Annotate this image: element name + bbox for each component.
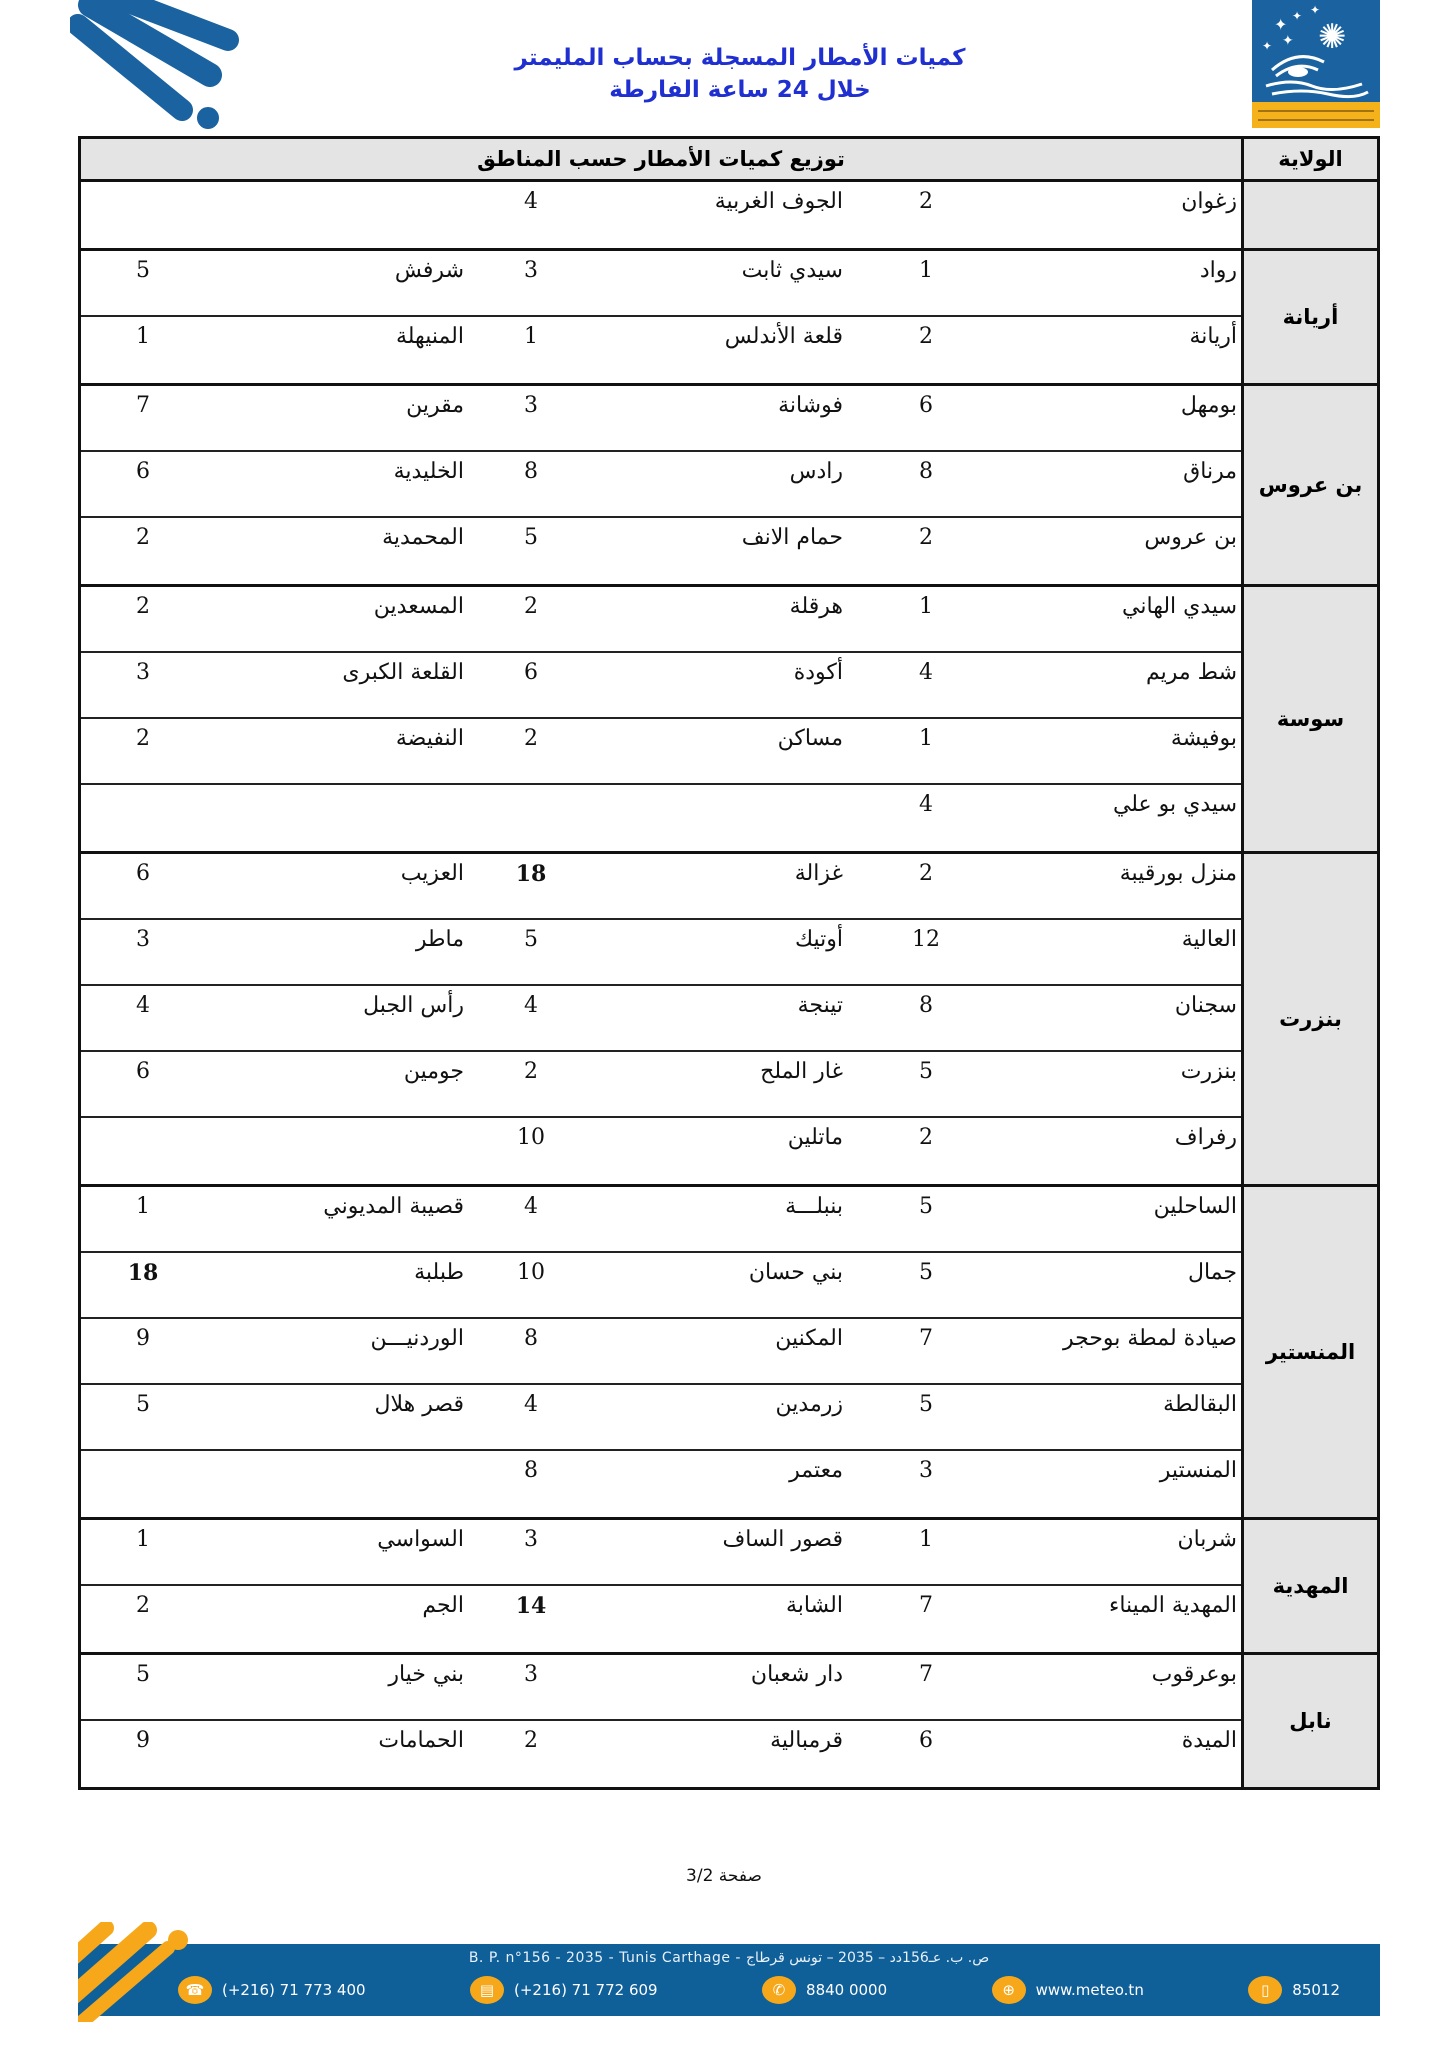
rainfall-value: 3 — [511, 1526, 551, 1554]
table-row: سجنان8تينجة4رأس الجبل4 — [81, 986, 1241, 1052]
rainfall-value: 6 — [911, 1727, 941, 1755]
station-name: حمام الانف — [742, 524, 843, 552]
station-name: تينجة — [798, 992, 843, 1020]
rainfall-value: 2 — [911, 1124, 941, 1152]
station-name: معتمر — [789, 1457, 843, 1485]
governorate-group: المنستيرالساحلين5بنبلـــة4قصيبة المديوني… — [81, 1187, 1377, 1520]
footer-stripes-icon — [78, 1922, 218, 2022]
rainfall-value: 10 — [511, 1124, 551, 1152]
table-row: الساحلين5بنبلـــة4قصيبة المديوني1 — [81, 1187, 1241, 1253]
station-name: مرناق — [1183, 458, 1237, 486]
contact-footer: B. P. n°156 - 2035 - Tunis Carthage - ص.… — [78, 1944, 1380, 2016]
station-name: المنيهلة — [396, 323, 464, 351]
rainfall-value: 4 — [511, 188, 551, 216]
title-line-2: خلال 24 ساعة الفارطة — [420, 74, 1060, 106]
footer-decoration — [78, 1922, 218, 2022]
rainfall-value: 2 — [511, 1727, 551, 1755]
rainfall-value: 8 — [911, 992, 941, 1020]
rainfall-value: 2 — [123, 1592, 163, 1620]
station-name: الشابة — [786, 1592, 843, 1620]
contact-text: (+216) 71 772 609 — [514, 1981, 658, 1999]
station-name: الجم — [422, 1592, 464, 1620]
station-name: جمال — [1188, 1259, 1237, 1287]
station-name: سيدي الهاني — [1122, 593, 1237, 621]
rainfall-value: 1 — [511, 323, 551, 351]
governorate-group: المهديةشربان1قصور الساف3السواسي1المهدية … — [81, 1520, 1377, 1655]
governorate-cell: المهدية — [1241, 1520, 1377, 1652]
station-name: صيادة لمطة بوحجر — [1063, 1325, 1237, 1353]
rainfall-value: 8 — [911, 458, 941, 486]
rainfall-value: 12 — [911, 926, 941, 954]
rainfall-value: 5 — [123, 1391, 163, 1419]
governorate-cell: أريانة — [1241, 251, 1377, 383]
column-header-distribution: توزيع كميات الأمطار حسب المناطق — [81, 139, 1241, 179]
governorate-group: سوسةسيدي الهاني1هرقلة2المسعدين2شط مريم4أ… — [81, 587, 1377, 854]
station-name: قلعة الأندلس — [725, 323, 843, 351]
table-row: بنزرت5غار الملح2جومين6 — [81, 1052, 1241, 1118]
contact-text: (+216) 71 773 400 — [222, 1981, 366, 1999]
station-name: رادس — [790, 458, 843, 486]
rainfall-value: 5 — [911, 1259, 941, 1287]
station-name: دار شعبان — [751, 1661, 843, 1689]
rainfall-value: 3 — [123, 659, 163, 687]
rainfall-value: 7 — [911, 1661, 941, 1689]
rainfall-value: 1 — [911, 725, 941, 753]
rainfall-value: 6 — [123, 1058, 163, 1086]
station-name: غار الملح — [760, 1058, 843, 1086]
table-row: شربان1قصور الساف3السواسي1 — [81, 1520, 1241, 1586]
station-name: سيدي ثابت — [742, 257, 843, 285]
station-name: العزيب — [401, 860, 464, 888]
rainfall-value: 3 — [123, 926, 163, 954]
station-name: المحمدية — [382, 524, 464, 552]
table-row: منزل بورقيبة2غزالة18العزيب6 — [81, 854, 1241, 920]
rainfall-value: 2 — [511, 725, 551, 753]
rainfall-value: 6 — [123, 860, 163, 888]
station-rows: منزل بورقيبة2غزالة18العزيب6العالية12أوتي… — [81, 854, 1241, 1184]
table-row: سيدي بو علي4 — [81, 785, 1241, 851]
station-name: سجنان — [1175, 992, 1237, 1020]
rainfall-value: 18 — [123, 1259, 163, 1287]
svg-text:✦: ✦ — [1282, 33, 1294, 49]
rainfall-value: 6 — [911, 392, 941, 420]
station-name: سيدي بو علي — [1113, 791, 1237, 819]
governorate-group: زغوان2الجوف الغربية4 — [81, 182, 1377, 251]
rainfall-value: 1 — [123, 1193, 163, 1221]
table-row: سيدي الهاني1هرقلة2المسعدين2 — [81, 587, 1241, 653]
station-name: شط مريم — [1146, 659, 1237, 687]
hotline-icon: ✆ — [762, 1976, 796, 2004]
station-rows: بومهل6فوشانة3مقرين7مرناق8رادس8الخليدية6ب… — [81, 386, 1241, 584]
station-name: النفيضة — [396, 725, 464, 753]
title-line-1: كميات الأمطار المسجلة بحساب المليمتر — [420, 42, 1060, 74]
svg-text:✦: ✦ — [1274, 15, 1287, 34]
table-row: بن عروس2حمام الانف5المحمدية2 — [81, 518, 1241, 584]
station-name: رواد — [1200, 257, 1237, 285]
station-name: الميدة — [1182, 1727, 1237, 1755]
rainfall-value: 18 — [511, 860, 551, 888]
station-name: البقالطة — [1163, 1391, 1237, 1419]
station-name: شربان — [1177, 1526, 1237, 1554]
station-name: قصر هلال — [375, 1391, 464, 1419]
contact-list: ☎(+216) 71 773 400▤(+216) 71 772 609✆884… — [178, 1976, 1340, 2004]
station-name: بنبلـــة — [785, 1193, 843, 1221]
rainfall-value: 4 — [511, 1391, 551, 1419]
rainfall-value: 5 — [911, 1058, 941, 1086]
station-name: بني خيار — [388, 1661, 464, 1689]
station-rows: بوعرقوب7دار شعبان3بني خيار5الميدة6قرمبال… — [81, 1655, 1241, 1787]
station-name: أريانة — [1190, 323, 1237, 351]
rainfall-value: 1 — [123, 323, 163, 351]
table-row: المنستير3معتمر8 — [81, 1451, 1241, 1517]
table-row: المهدية الميناء7الشابة14الجم2 — [81, 1586, 1241, 1652]
table-row: مرناق8رادس8الخليدية6 — [81, 452, 1241, 518]
station-name: مقرين — [406, 392, 464, 420]
station-name: المهدية الميناء — [1109, 1592, 1237, 1620]
governorate-group: بنزرتمنزل بورقيبة2غزالة18العزيب6العالية1… — [81, 854, 1377, 1187]
governorate-group: أريانةرواد1سيدي ثابت3شرفش5أريانة2قلعة ال… — [81, 251, 1377, 386]
postal-address: B. P. n°156 - 2035 - Tunis Carthage - ص.… — [78, 1950, 1380, 1966]
table-row: شط مريم4أكودة6القلعة الكبرى3 — [81, 653, 1241, 719]
rainfall-value: 1 — [123, 1526, 163, 1554]
governorate-cell: المنستير — [1241, 1187, 1377, 1517]
contact-text: 8840 0000 — [806, 1981, 887, 1999]
rainfall-value: 4 — [123, 992, 163, 1020]
station-name: قصور الساف — [722, 1526, 843, 1554]
rainfall-value: 8 — [511, 1325, 551, 1353]
table-body: زغوان2الجوف الغربية4أريانةرواد1سيدي ثابت… — [81, 182, 1377, 1787]
station-name: شرفش — [395, 257, 464, 285]
stripes-logo-icon — [70, 0, 240, 135]
report-title: كميات الأمطار المسجلة بحساب المليمتر خلا… — [420, 42, 1060, 106]
station-name: بني حسان — [749, 1259, 843, 1287]
rainfall-value: 5 — [511, 524, 551, 552]
contact-item: ▤(+216) 71 772 609 — [470, 1976, 658, 2004]
rainfall-value: 2 — [511, 593, 551, 621]
rainfall-value: 1 — [911, 1526, 941, 1554]
governorate-cell: بن عروس — [1241, 386, 1377, 584]
station-name: أكودة — [794, 659, 843, 687]
station-rows: زغوان2الجوف الغربية4 — [81, 182, 1241, 248]
station-name: المنستير — [1160, 1457, 1237, 1485]
station-name: جومين — [404, 1058, 464, 1086]
station-name: طبلبة — [414, 1259, 464, 1287]
station-name: ماطر — [416, 926, 464, 954]
contact-item: ✆8840 0000 — [762, 1976, 887, 2004]
rainfall-value: 5 — [511, 926, 551, 954]
institute-logo-stripes — [70, 0, 240, 135]
rainfall-value: 2 — [911, 524, 941, 552]
fax-icon: ▤ — [470, 1976, 504, 2004]
page-number: صفحة 3/2 — [0, 1866, 1448, 1886]
governorate-cell — [1241, 182, 1377, 248]
station-name: السواسي — [377, 1526, 464, 1554]
station-rows: شربان1قصور الساف3السواسي1المهدية الميناء… — [81, 1520, 1241, 1652]
station-name: زغوان — [1181, 188, 1237, 216]
rainfall-value: 3 — [511, 392, 551, 420]
rainfall-value: 1 — [911, 593, 941, 621]
rainfall-value: 7 — [123, 392, 163, 420]
station-name: المسعدين — [374, 593, 464, 621]
table-row: الميدة6قرمبالية2الحمامات9 — [81, 1721, 1241, 1787]
table-row: صيادة لمطة بوحجر7المكنين8الوردنيـــن9 — [81, 1319, 1241, 1385]
station-rows: سيدي الهاني1هرقلة2المسعدين2شط مريم4أكودة… — [81, 587, 1241, 851]
logo-caption-band — [1252, 102, 1380, 128]
rainfall-value: 2 — [911, 188, 941, 216]
contact-item[interactable]: ⊕www.meteo.tn — [992, 1976, 1144, 2004]
contact-text[interactable]: www.meteo.tn — [1036, 1981, 1144, 1999]
station-name: الخليدية — [394, 458, 464, 486]
station-name: بوفيشة — [1171, 725, 1237, 753]
rainfall-value: 8 — [511, 1457, 551, 1485]
rainfall-value: 6 — [511, 659, 551, 687]
rainfall-value: 4 — [911, 791, 941, 819]
rainfall-value: 2 — [123, 593, 163, 621]
station-name: العالية — [1182, 926, 1237, 954]
rainfall-value: 4 — [511, 992, 551, 1020]
rainfall-value: 9 — [123, 1325, 163, 1353]
table-row: رواد1سيدي ثابت3شرفش5 — [81, 251, 1241, 317]
table-row: رفراف2ماتلين10 — [81, 1118, 1241, 1184]
rainfall-value: 5 — [911, 1193, 941, 1221]
contact-item: ▯85012 — [1248, 1976, 1340, 2004]
station-name: بوعرقوب — [1152, 1661, 1237, 1689]
station-name: الساحلين — [1154, 1193, 1237, 1221]
governorate-cell: نابل — [1241, 1655, 1377, 1787]
station-name: بومهل — [1181, 392, 1237, 420]
rainfall-value: 1 — [911, 257, 941, 285]
table-row: العالية12أوتيك5ماطر3 — [81, 920, 1241, 986]
sms-icon: ▯ — [1248, 1976, 1282, 2004]
rainfall-value: 7 — [911, 1592, 941, 1620]
station-name: الحمامات — [378, 1727, 464, 1755]
governorate-group: نابلبوعرقوب7دار شعبان3بني خيار5الميدة6قر… — [81, 1655, 1377, 1787]
station-name: بن عروس — [1144, 524, 1237, 552]
station-name: رفراف — [1175, 1124, 1237, 1152]
table-row: البقالطة5زرمدين4قصر هلال5 — [81, 1385, 1241, 1451]
rainfall-value: 2 — [123, 725, 163, 753]
rainfall-table: الولاية توزيع كميات الأمطار حسب المناطق … — [78, 136, 1380, 1790]
station-name: مساكن — [778, 725, 843, 753]
table-row: بومهل6فوشانة3مقرين7 — [81, 386, 1241, 452]
station-name: منزل بورقيبة — [1120, 860, 1237, 888]
station-name: فوشانة — [778, 392, 843, 420]
rainfall-value: 3 — [511, 1661, 551, 1689]
rainfall-value: 2 — [911, 860, 941, 888]
station-name: زرمدين — [776, 1391, 843, 1419]
station-name: المكنين — [775, 1325, 843, 1353]
station-name: هرقلة — [790, 593, 843, 621]
station-name: بنزرت — [1181, 1058, 1237, 1086]
rainfall-value: 6 — [123, 458, 163, 486]
globe-icon: ⊕ — [992, 1976, 1026, 2004]
rainfall-value: 2 — [123, 524, 163, 552]
table-row: زغوان2الجوف الغربية4 — [81, 182, 1241, 248]
svg-text:✦: ✦ — [1310, 3, 1320, 17]
rainfall-value: 14 — [511, 1592, 551, 1620]
station-rows: الساحلين5بنبلـــة4قصيبة المديوني1جمال5بن… — [81, 1187, 1241, 1517]
governorate-cell: بنزرت — [1241, 854, 1377, 1184]
rainfall-value: 2 — [911, 323, 941, 351]
rainfall-value: 5 — [911, 1391, 941, 1419]
rainfall-value: 8 — [511, 458, 551, 486]
station-name: القلعة الكبرى — [342, 659, 464, 687]
weather-emblem-icon: ✦ ✦ ✦ ✦ ✦ ✺ — [1252, 0, 1380, 102]
station-name: ماتلين — [788, 1124, 843, 1152]
table-row: جمال5بني حسان10طبلبة18 — [81, 1253, 1241, 1319]
table-header: الولاية توزيع كميات الأمطار حسب المناطق — [81, 139, 1377, 182]
rainfall-value: 3 — [511, 257, 551, 285]
rainfall-value: 4 — [911, 659, 941, 687]
svg-text:✦: ✦ — [1292, 9, 1302, 23]
rainfall-value: 10 — [511, 1259, 551, 1287]
svg-text:✺: ✺ — [1318, 17, 1347, 57]
rainfall-value: 4 — [511, 1193, 551, 1221]
station-name: غزالة — [795, 860, 843, 888]
column-header-governorate: الولاية — [1241, 139, 1377, 179]
table-row: بوعرقوب7دار شعبان3بني خيار5 — [81, 1655, 1241, 1721]
rainfall-value: 3 — [911, 1457, 941, 1485]
rainfall-value: 2 — [511, 1058, 551, 1086]
rainfall-value: 9 — [123, 1727, 163, 1755]
inm-logo: ✦ ✦ ✦ ✦ ✦ ✺ — [1252, 0, 1380, 128]
station-name: الوردنيـــن — [371, 1325, 464, 1353]
governorate-group: بن عروسبومهل6فوشانة3مقرين7مرناق8رادس8الخ… — [81, 386, 1377, 587]
contact-text: 85012 — [1292, 1981, 1340, 1999]
svg-text:✦: ✦ — [1262, 39, 1272, 53]
rainfall-value: 7 — [911, 1325, 941, 1353]
rainfall-value: 5 — [123, 257, 163, 285]
rainfall-value: 5 — [123, 1661, 163, 1689]
table-row: أريانة2قلعة الأندلس1المنيهلة1 — [81, 317, 1241, 383]
governorate-cell: سوسة — [1241, 587, 1377, 851]
station-name: قرمبالية — [770, 1727, 843, 1755]
station-name: أوتيك — [795, 926, 843, 954]
table-row: بوفيشة1مساكن2النفيضة2 — [81, 719, 1241, 785]
station-name: الجوف الغربية — [715, 188, 843, 216]
station-name: رأس الجبل — [363, 992, 464, 1020]
station-name: قصيبة المديوني — [323, 1193, 464, 1221]
station-rows: رواد1سيدي ثابت3شرفش5أريانة2قلعة الأندلس1… — [81, 251, 1241, 383]
